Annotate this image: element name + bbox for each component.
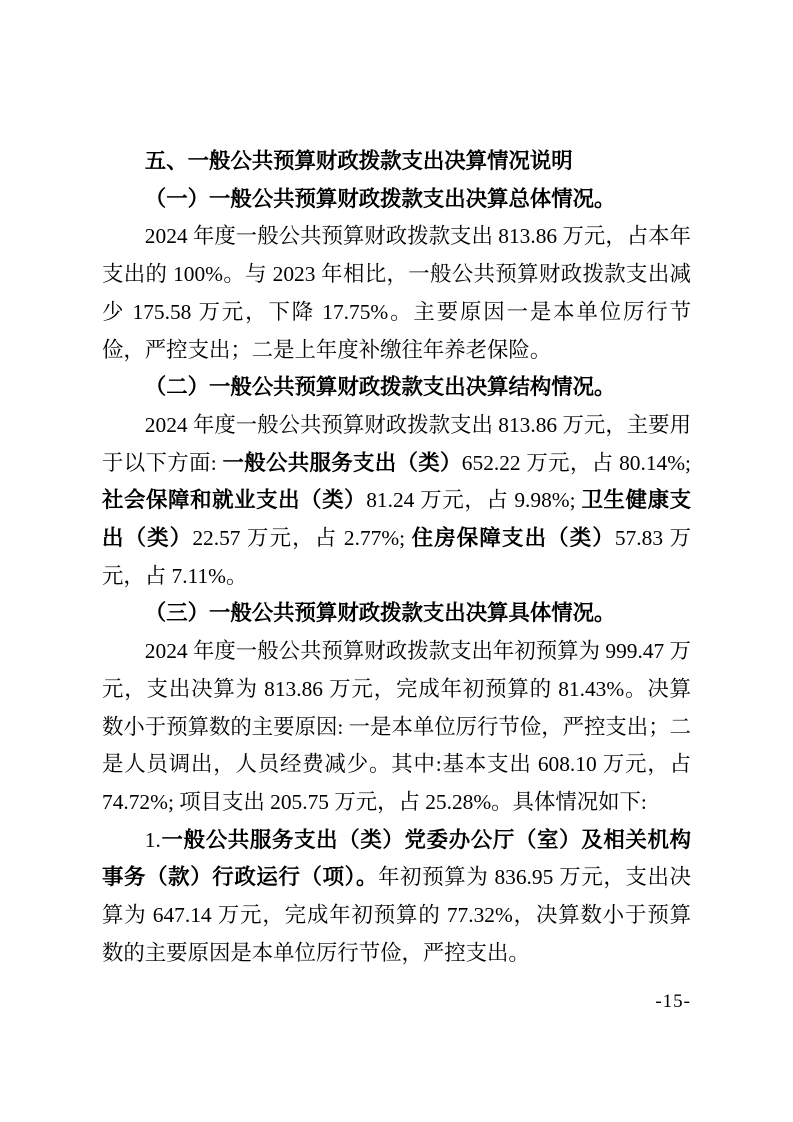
subsection-1-heading: （一）一般公共预算财政拨款支出决算总体情况。 <box>102 181 691 219</box>
subsection-1-paragraph: 2024 年度一般公共预算财政拨款支出 813.86 万元，占本年支出的 100… <box>102 218 691 369</box>
category-general-public-services-value: 652.22 万元，占 80.14%; <box>462 451 691 475</box>
page-number: -15- <box>655 991 691 1013</box>
subsection-3-heading: （三）一般公共预算财政拨款支出决算具体情况。 <box>102 595 691 633</box>
item-1-paragraph: 1.一般公共服务支出（类）党委办公厅（室）及相关机构事务（款）行政运行（项）。年… <box>102 822 691 973</box>
subsection-3-paragraph: 2024 年度一般公共预算财政拨款支出年初预算为 999.47 万元，支出决算为… <box>102 633 691 822</box>
document-body: 五、一般公共预算财政拨款支出决算情况说明 （一）一般公共预算财政拨款支出决算总体… <box>102 143 691 972</box>
category-social-security-employment: 社会保障和就业支出（类） <box>102 488 366 512</box>
document-page: 五、一般公共预算财政拨款支出决算情况说明 （一）一般公共预算财政拨款支出决算总体… <box>0 0 793 1122</box>
category-health-value: 22.57 万元，占 2.77%; <box>192 526 411 550</box>
item-1-number: 1. <box>145 828 161 852</box>
subsection-2-heading: （二）一般公共预算财政拨款支出决算结构情况。 <box>102 369 691 407</box>
category-general-public-services: 一般公共服务支出（类） <box>222 451 461 475</box>
subsection-2-paragraph: 2024 年度一般公共预算财政拨款支出 813.86 万元，主要用于以下方面: … <box>102 407 691 596</box>
category-housing-security: 住房保障支出（类） <box>412 526 615 550</box>
section-5-heading: 五、一般公共预算财政拨款支出决算情况说明 <box>102 143 691 181</box>
category-social-security-employment-value: 81.24 万元，占 9.98%; <box>366 488 581 512</box>
